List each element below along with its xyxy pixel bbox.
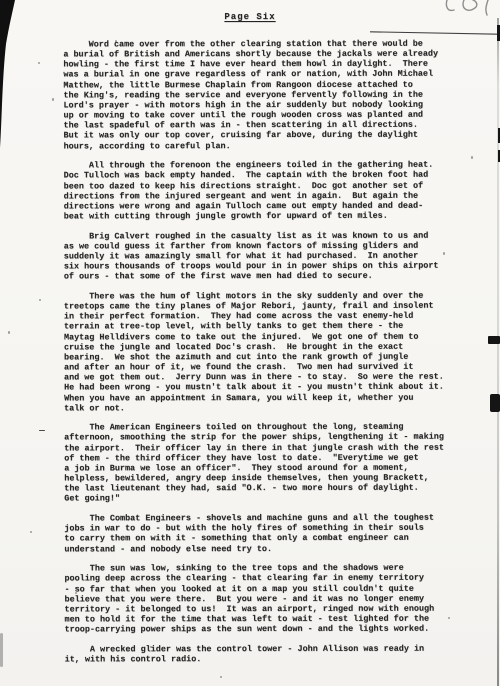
dust-speck bbox=[52, 98, 54, 101]
scan-edge-line bbox=[497, 18, 499, 686]
document-page: Page Six Word came over from the other c… bbox=[0, 0, 500, 686]
paragraph-4: There was the hum of light motors in the… bbox=[64, 291, 464, 414]
paragraph-3: Brig Calvert roughed in the casualty lis… bbox=[64, 230, 464, 282]
pen-dash-left-margin bbox=[39, 430, 45, 431]
scan-mark bbox=[488, 336, 500, 344]
scan-blob-top-left bbox=[0, 0, 20, 150]
page-body: Word came over from the other clearing s… bbox=[63, 39, 464, 674]
dust-speck bbox=[30, 531, 32, 533]
page-title: Page Six bbox=[0, 11, 500, 23]
paragraph-6: The Combat Engineers - shovels and machi… bbox=[64, 513, 464, 554]
dust-speck bbox=[8, 331, 10, 334]
paragraph-7: The sun was low, sinking to the tree top… bbox=[64, 563, 464, 635]
dust-speck bbox=[471, 156, 473, 159]
scan-smudge-bottom-left bbox=[0, 633, 3, 667]
paragraph-1: Word came over from the other clearing s… bbox=[63, 39, 463, 152]
scan-mark bbox=[490, 394, 500, 412]
paragraph-2: All through the forenoon the engineers t… bbox=[64, 160, 464, 222]
dust-speck bbox=[220, 676, 222, 678]
paragraph-5: The American Engineers toiled on through… bbox=[64, 422, 464, 504]
pen-rule-line bbox=[370, 31, 498, 35]
handwritten-pen-mark bbox=[438, 0, 500, 16]
paragraph-8: A wrecked glider was the control tower -… bbox=[65, 643, 465, 664]
dust-speck bbox=[38, 62, 40, 64]
dust-speck bbox=[39, 299, 41, 301]
